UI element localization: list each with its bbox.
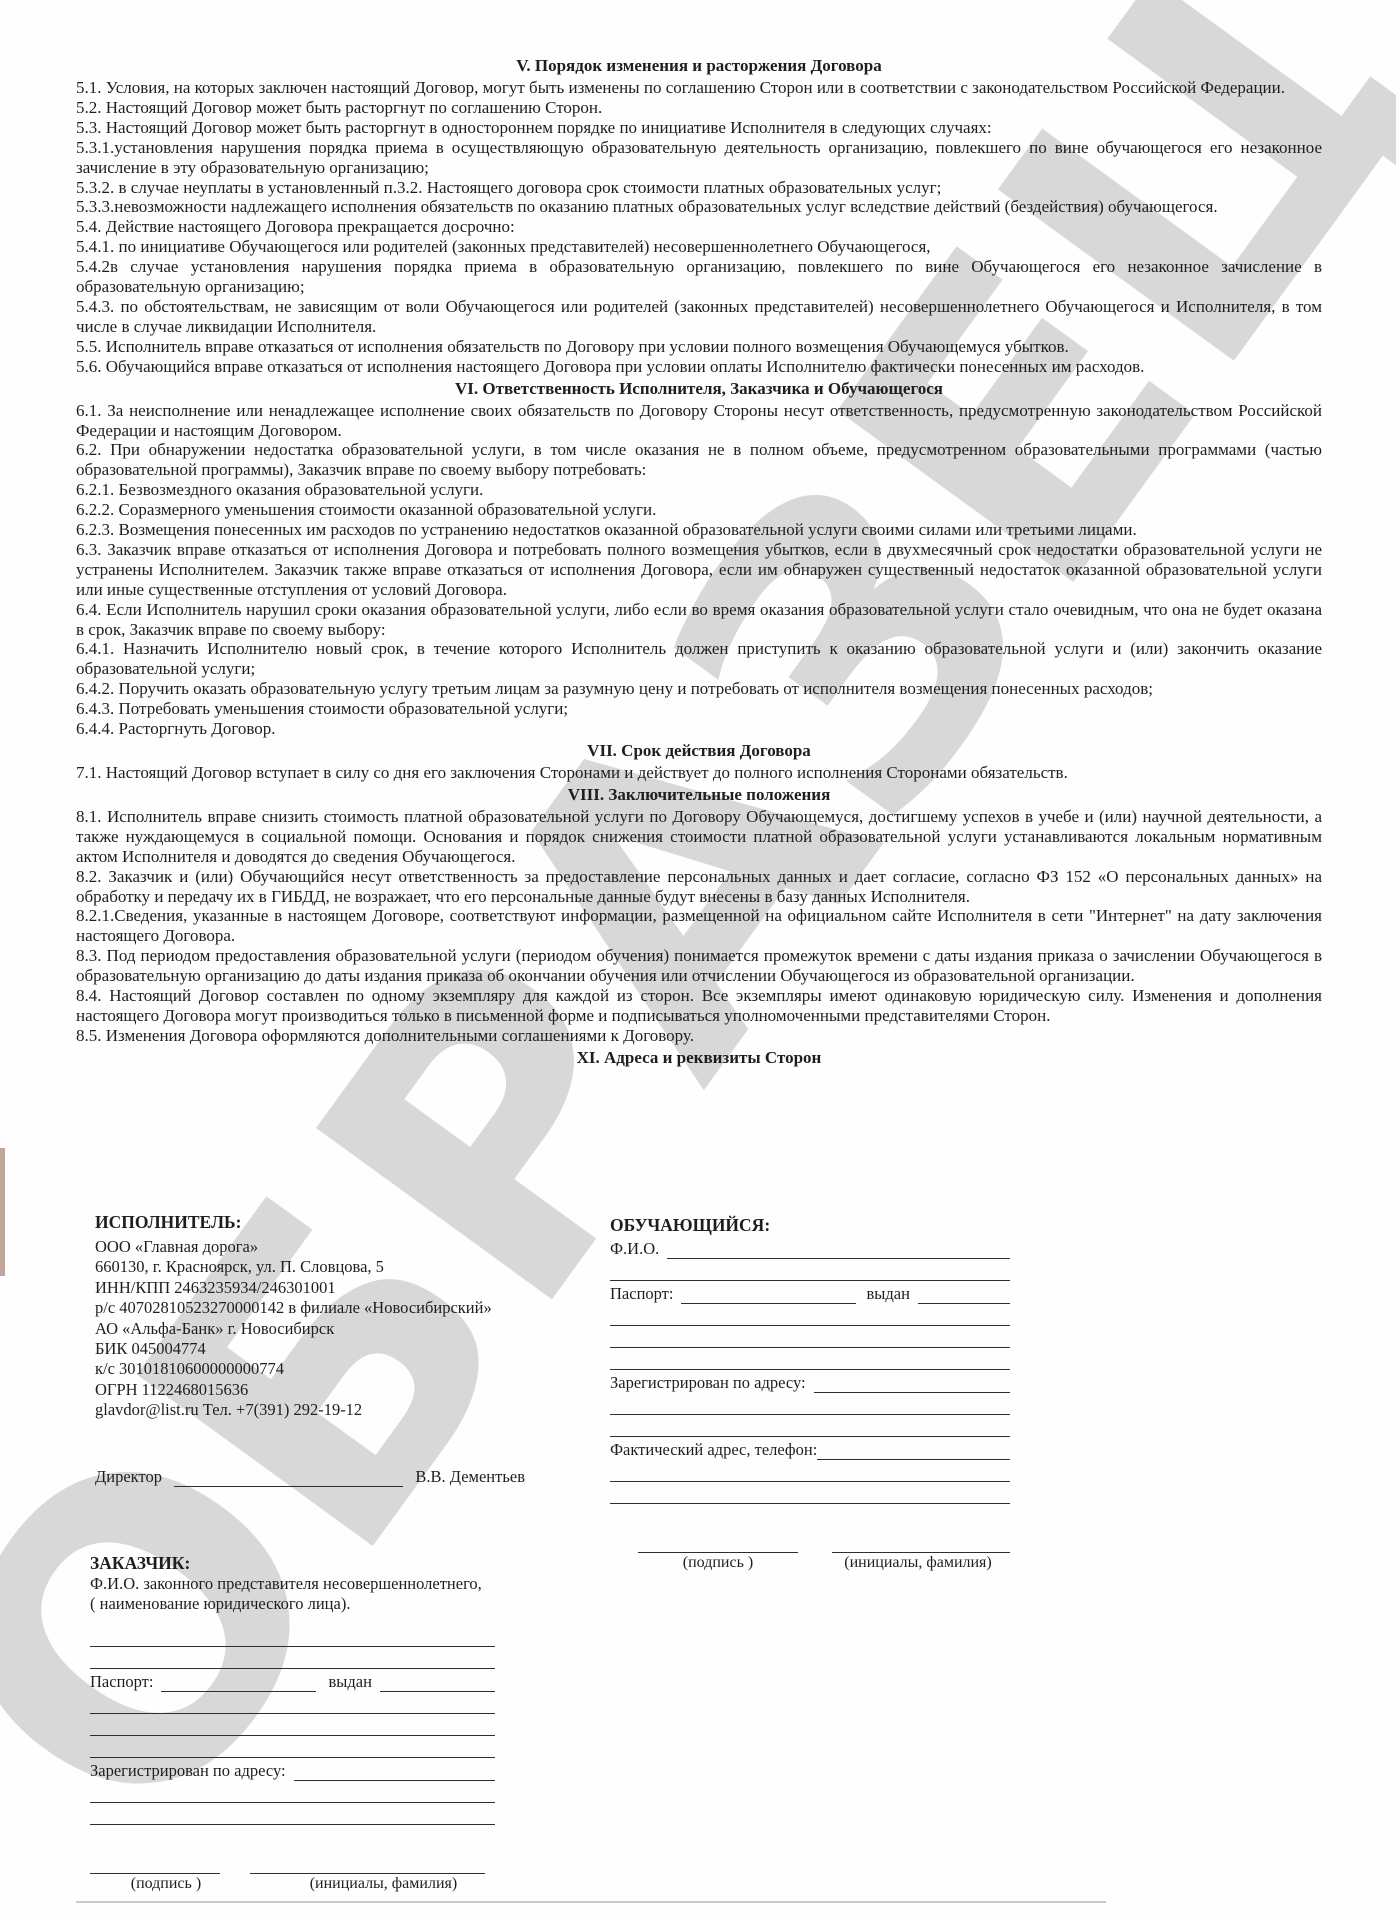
contract-paragraph: 5.4.3. по обстоятельствам, не зависящим … [76, 297, 1322, 337]
customer-signature-row [90, 1855, 495, 1874]
passport-blank-line [161, 1673, 316, 1692]
student-registered-row: Зарегистрирован по адресу: [610, 1370, 1010, 1393]
executor-requisites: ООО «Главная дорога»660130, г. Красноярс… [95, 1237, 525, 1421]
initials-caption: (инициалы, фамилия) [826, 1554, 1010, 1572]
student-signature-row [610, 1534, 1010, 1553]
signature-caption: (подпись ) [610, 1554, 826, 1572]
contract-paragraph: 5.3.1.установления нарушения порядка при… [76, 138, 1322, 178]
student-passport-row: Паспорт: выдан [610, 1281, 1010, 1304]
contract-paragraph: 5.4. Действие настоящего Договора прекра… [76, 217, 1322, 237]
blank-line [610, 1482, 1010, 1504]
student-title: ОБУЧАЮЩИЙСЯ: [610, 1215, 1010, 1236]
registered-label: Зарегистрирован по адресу: [90, 1761, 294, 1781]
signature-line [90, 1855, 220, 1874]
contract-paragraph: 5.1. Условия, на которых заключен настоя… [76, 78, 1322, 98]
issued-blank-line [380, 1673, 495, 1692]
executor-detail-line: 660130, г. Красноярск, ул. П. Словцова, … [95, 1257, 525, 1277]
blank-line [90, 1736, 495, 1758]
blank-line [90, 1714, 495, 1736]
contract-paragraph: 5.4.2в случае установления нарушения пор… [76, 257, 1322, 297]
student-signature-labels: (подпись ) (инициалы, фамилия) [610, 1554, 1010, 1572]
contract-paragraph: 6.2.1. Безвозмездного оказания образоват… [76, 480, 1322, 500]
fio-label: Ф.И.О. [610, 1239, 667, 1259]
contract-paragraph: 5.3. Настоящий Договор может быть растор… [76, 118, 1322, 138]
blank-line [610, 1348, 1010, 1370]
blank-line [90, 1803, 495, 1825]
contract-paragraph: 7.1. Настоящий Договор вступает в силу с… [76, 763, 1322, 783]
passport-label: Паспорт: [610, 1284, 681, 1304]
section-heading: VII. Срок действия Договора [76, 741, 1322, 761]
spacer [90, 1825, 495, 1851]
contract-page: ОБРАЗЕЦ V. Порядок изменения и расторжен… [0, 0, 1396, 1920]
fio-blank-line [667, 1240, 1010, 1259]
issued-label: выдан [856, 1284, 917, 1304]
contract-paragraph: 6.4.4. Расторгнуть Договор. [76, 719, 1322, 739]
executor-detail-line: ИНН/КПП 2463235934/246301001 [95, 1278, 525, 1298]
contract-paragraph: 6.2. При обнаружении недостатка образова… [76, 440, 1322, 480]
contract-paragraph: 5.3.2. в случае неуплаты в установленный… [76, 178, 1322, 198]
signature-line [638, 1534, 798, 1553]
contract-paragraph: 6.2.2. Соразмерного уменьшения стоимости… [76, 500, 1322, 520]
contract-paragraph: 5.4.1. по инициативе Обучающегося или ро… [76, 237, 1322, 257]
contract-sections: V. Порядок изменения и расторжения Догов… [0, 0, 1396, 1068]
contract-paragraph: 5.5. Исполнитель вправе отказаться от ис… [76, 337, 1322, 357]
blank-line [610, 1415, 1010, 1437]
contract-paragraph: 6.4.2. Поручить оказать образовательную … [76, 679, 1322, 699]
contract-paragraph: 5.6. Обучающийся вправе отказаться от ис… [76, 357, 1322, 377]
blank-line [90, 1625, 495, 1647]
spacer [90, 1615, 495, 1625]
contract-paragraph: 6.1. За неисполнение или ненадлежащее ис… [76, 401, 1322, 441]
initials-caption: (инициалы, фамилия) [272, 1875, 495, 1893]
spacer [610, 1504, 1010, 1530]
customer-title: ЗАКАЗЧИК: [90, 1553, 495, 1574]
contract-paragraph: 5.2. Настоящий Договор может быть растор… [76, 98, 1322, 118]
student-actual-address-row: Фактический адрес, телефон: [610, 1437, 1010, 1460]
executor-title: ИСПОЛНИТЕЛЬ: [95, 1212, 525, 1233]
student-fio-row: Ф.И.О. [610, 1236, 1010, 1259]
director-label: Директор [95, 1467, 162, 1487]
director-signature-line [174, 1468, 403, 1487]
registered-label: Зарегистрирован по адресу: [610, 1373, 814, 1393]
scan-bottom-line [76, 1901, 1106, 1903]
customer-fio-caption-2: ( наименование юридического лица). [90, 1594, 495, 1614]
issued-blank-line [918, 1285, 1010, 1304]
contract-paragraph: 5.3.3.невозможности надлежащего исполнен… [76, 197, 1322, 217]
executor-details: ИСПОЛНИТЕЛЬ: ООО «Главная дорога»660130,… [95, 1212, 525, 1487]
registered-blank-line [294, 1762, 495, 1781]
registered-blank-line [814, 1374, 1010, 1393]
executor-detail-line: БИК 045004774 [95, 1339, 525, 1359]
executor-detail-line: р/с 40702810523270000142 в филиале «Ново… [95, 1298, 525, 1318]
student-details: ОБУЧАЮЩИЙСЯ: Ф.И.О. Паспорт: выдан Зарег… [610, 1215, 1010, 1572]
actual-address-label: Фактический адрес, телефон: [610, 1440, 817, 1460]
customer-registered-row: Зарегистрирован по адресу: [90, 1758, 495, 1781]
executor-detail-line: к/с 30101810600000000774 [95, 1359, 525, 1379]
executor-detail-line: ООО «Главная дорога» [95, 1237, 525, 1257]
blank-line [610, 1460, 1010, 1482]
blank-line [90, 1692, 495, 1714]
contract-paragraph: 6.4.3. Потребовать уменьшения стоимости … [76, 699, 1322, 719]
contract-paragraph: 6.4.1. Назначить Исполнителю новый срок,… [76, 639, 1322, 679]
blank-line [610, 1259, 1010, 1281]
contract-paragraph: 8.1. Исполнитель вправе снизить стоимост… [76, 807, 1322, 867]
contract-paragraph: 8.2. Заказчик и (или) Обучающийся несут … [76, 867, 1322, 907]
passport-label: Паспорт: [90, 1672, 161, 1692]
blank-line [90, 1781, 495, 1803]
executor-detail-line: АО «Альфа-Банк» г. Новосибирск [95, 1319, 525, 1339]
contract-paragraph: 8.4. Настоящий Договор составлен по одно… [76, 986, 1322, 1026]
signature-caption: (подпись ) [90, 1875, 242, 1893]
passport-blank-line [681, 1285, 856, 1304]
section-heading: VI. Ответственность Исполнителя, Заказчи… [76, 379, 1322, 399]
scan-edge-artifact [0, 1148, 5, 1276]
customer-passport-row: Паспорт: выдан [90, 1669, 495, 1692]
contract-paragraph: 8.2.1.Сведения, указанные в настоящем До… [76, 906, 1322, 946]
contract-paragraph: 8.5. Изменения Договора оформляются допо… [76, 1026, 1322, 1046]
initials-line [832, 1534, 1010, 1553]
contract-paragraph: 6.4. Если Исполнитель нарушил сроки оказ… [76, 600, 1322, 640]
executor-detail-line: ОГРН 1122468015636 [95, 1380, 525, 1400]
director-signature-row: Директор В.В. Дементьев [95, 1467, 525, 1487]
contract-paragraph: 6.3. Заказчик вправе отказаться от испол… [76, 540, 1322, 600]
issued-label: выдан [316, 1672, 379, 1692]
section-heading: XI. Адреса и реквизиты Сторон [76, 1048, 1322, 1068]
director-name: В.В. Дементьев [415, 1467, 525, 1487]
section-heading: VIII. Заключительные положения [76, 785, 1322, 805]
section-heading: V. Порядок изменения и расторжения Догов… [76, 56, 1322, 76]
contract-paragraph: 6.2.3. Возмещения понесенных им расходов… [76, 520, 1322, 540]
customer-fio-caption: Ф.И.О. законного представителя несоверше… [90, 1574, 495, 1594]
blank-line [90, 1647, 495, 1669]
blank-line [610, 1304, 1010, 1326]
initials-line [250, 1855, 485, 1874]
customer-details: ЗАКАЗЧИК: Ф.И.О. законного представителя… [90, 1553, 495, 1893]
blank-line [610, 1393, 1010, 1415]
actual-address-blank-line [817, 1441, 1010, 1460]
contract-paragraph: 8.3. Под периодом предоставления образов… [76, 946, 1322, 986]
blank-line [610, 1326, 1010, 1348]
customer-signature-labels: (подпись ) (инициалы, фамилия) [90, 1875, 495, 1893]
executor-detail-line: glavdor@list.ru Тел. +7(391) 292-19-12 [95, 1400, 525, 1420]
